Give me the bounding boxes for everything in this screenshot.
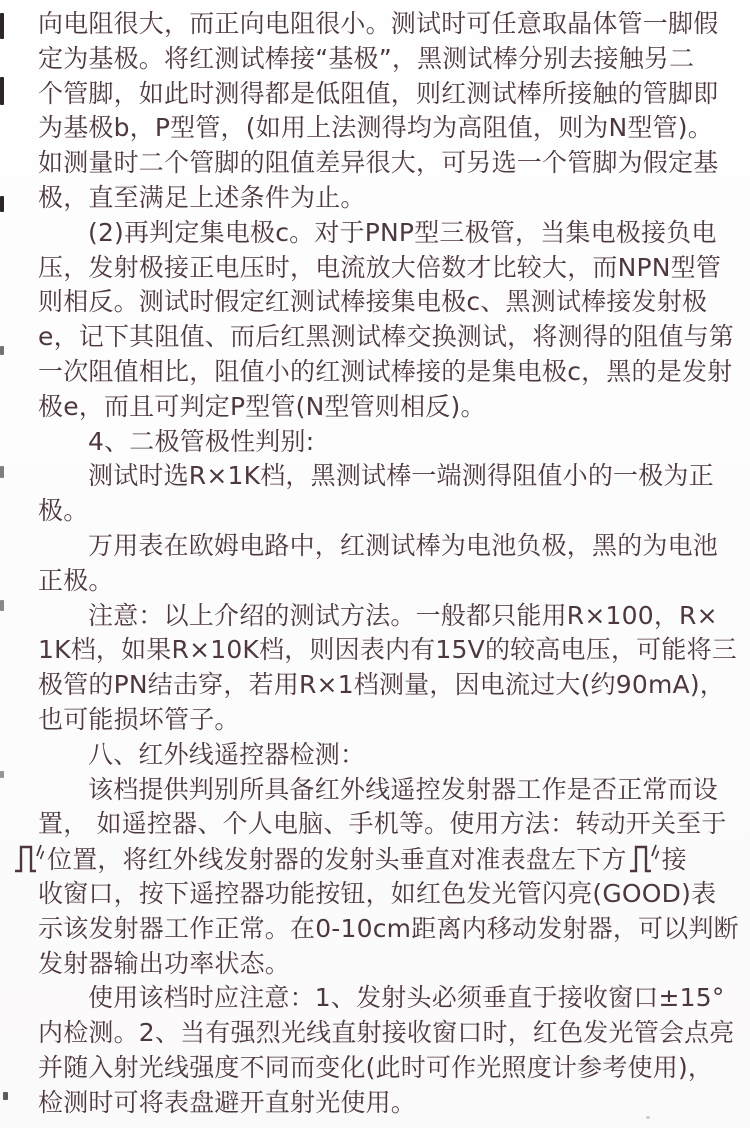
scan-artifact <box>0 346 4 355</box>
text-line: 正极。 <box>38 564 739 599</box>
scan-artifact <box>0 196 4 212</box>
scan-artifact <box>0 600 4 611</box>
text-line: 位置，将红外线发射器的发射头垂直对准表盘左下方接 <box>12 842 739 877</box>
text-line: 压，发射极接正电压时，电流放大倍数才比较大，而NPN型管 <box>38 251 739 286</box>
scan-artifact <box>0 77 4 105</box>
scan-artifact <box>0 13 4 39</box>
text-line: 检测时可将表盘避开直射光使用。 <box>38 1086 739 1121</box>
text-line: e，记下其阻值、而后红黑测试棒交换测试，将测得的阻值与第 <box>38 320 739 355</box>
text-line: 注意：以上介绍的测试方法。一般都只能用R×100，R× <box>38 599 739 634</box>
scan-artifact <box>3 1092 8 1100</box>
text-line: 向电阻很大，而正向电阻很小。测试时可任意取晶体管一脚假 <box>38 7 739 42</box>
text-line: 内检测。2、当有强烈光线直射接收窗口时，红色发光管会点亮 <box>38 1016 739 1051</box>
text-line: 测试时选R×1K档，黑测试棒一端测得阻值小的一极为正 <box>38 459 739 494</box>
text-line: 为基极b，P型管，(如用上法测得均为高阻值，则为N型管)。 <box>38 111 739 146</box>
text-line: 万用表在欧姆电路中，红测试棒为电池负极，黑的为电池 <box>38 529 739 564</box>
text-line: 4、二极管极性判别: <box>38 425 739 460</box>
text-line: 个管脚，如此时测得都是低阻值，则红测试棒所接触的管脚即 <box>38 77 739 112</box>
text-line: 极e，而且可判定P型管(N型管则相反)。 <box>38 390 739 425</box>
scan-artifact <box>0 771 4 778</box>
text-line: 极，直至满足上述条件为止。 <box>38 181 739 216</box>
text-line: 置， 如遥控器、个人电脑、手机等。使用方法：转动开关至于 <box>38 807 739 842</box>
text-line: 收窗口，按下遥控器功能按钮，如红色发光管闪亮(GOOD)表 <box>38 877 739 912</box>
text-line: 定为基极。将红测试棒接“基极”，黑测试棒分别去接触另二 <box>38 42 739 77</box>
text-line: 如测量时二个管脚的阻值差异很大，可另选一个管脚为假定基 <box>38 146 739 181</box>
document-page: 向电阻很大，而正向电阻很小。测试时可任意取晶体管一脚假定为基极。将红测试棒接“基… <box>0 0 750 1128</box>
text-line: 极管的PN结击穿，若用R×1档测量，因电流过大(约90mA)， <box>38 668 739 703</box>
text-line: 也可能损坏管子。 <box>38 703 739 738</box>
text-line: 则相反。测试时假定红测试棒接集电极c、黑测试棒接发射极 <box>38 285 739 320</box>
text-line: (2)再判定集电极c。对于PNP型三极管，当集电极接负电 <box>38 216 739 251</box>
page-text: 向电阻很大，而正向电阻很小。测试时可任意取晶体管一脚假定为基极。将红测试棒接“基… <box>38 7 739 1121</box>
text-line: 八、红外线遥控器检测： <box>38 738 739 773</box>
text-line: 一次阻值相比，阻值小的红测试棒接的是集电极c，黑的是发射 <box>38 355 739 390</box>
text-line: 示该发射器工作正常。在0-10cm距离内移动发射器，可以判断 <box>38 912 739 947</box>
scan-artifact <box>0 466 4 478</box>
text-line: 使用该档时应注意：1、发射头必须垂直于接收窗口±15° <box>38 981 739 1016</box>
text-line: 发射器输出功率状态。 <box>38 947 739 982</box>
text-line: 1K档，如果R×10K档，则因表内有15V的较高电压，可能将三 <box>38 633 739 668</box>
text-line: 并随入射光线强度不同而变化(此时可作光照度计参考使用)， <box>38 1051 739 1086</box>
text-line: 极。 <box>38 494 739 529</box>
text-line: 该档提供判别所具备红外线遥控发射器工作是否正常而设 <box>38 773 739 808</box>
